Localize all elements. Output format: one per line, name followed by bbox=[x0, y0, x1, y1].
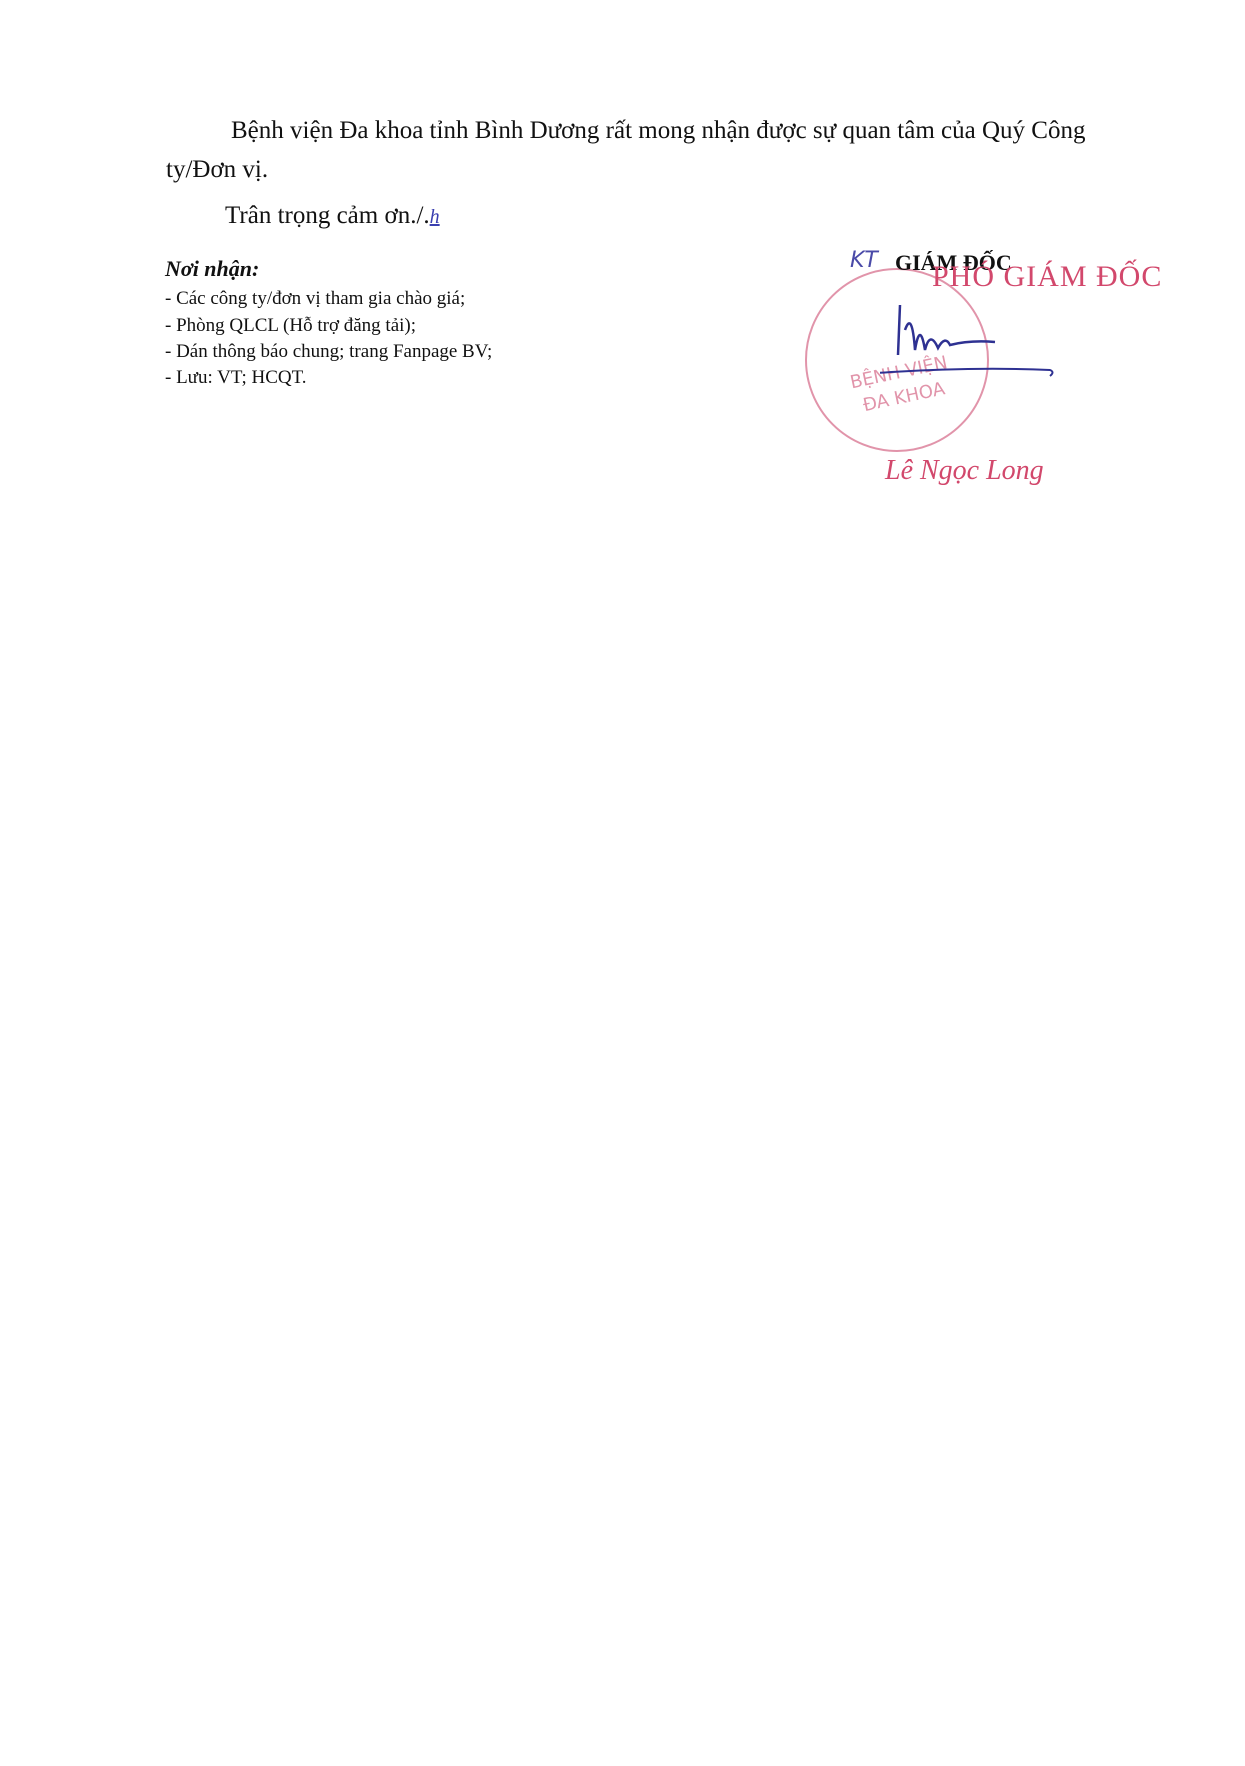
signature-block: BỆNH VIỆN ĐA KHOA KT GIÁM ĐỐC PHÓ GIÁM Đ… bbox=[800, 240, 1200, 520]
handwritten-initial: h bbox=[430, 206, 440, 228]
recipient-item: - Lưu: VT; HCQT. bbox=[165, 367, 307, 389]
recipient-item: - Dán thông báo chung; trang Fanpage BV; bbox=[165, 341, 492, 363]
handwritten-signature-icon bbox=[880, 300, 1060, 380]
thanks-line: Trân trọng cảm ơn./.h bbox=[225, 203, 440, 228]
closing-paragraph: Bệnh viện Đa khoa tỉnh Bình Dương rất mo… bbox=[231, 118, 1085, 143]
recipient-item: - Phòng QLCL (Hỗ trợ đăng tải); bbox=[165, 315, 416, 337]
signer-title-stamp: PHÓ GIÁM ĐỐC bbox=[932, 260, 1162, 294]
signer-name: Lê Ngọc Long bbox=[885, 455, 1044, 487]
kt-prefix: KT bbox=[850, 248, 878, 273]
recipient-item: - Các công ty/đơn vị tham gia chào giá; bbox=[165, 288, 465, 310]
closing-paragraph-continuation: ty/Đơn vị. bbox=[166, 157, 268, 182]
thanks-text: Trân trọng cảm ơn./. bbox=[225, 202, 430, 229]
recipients-title: Nơi nhận: bbox=[165, 256, 259, 282]
